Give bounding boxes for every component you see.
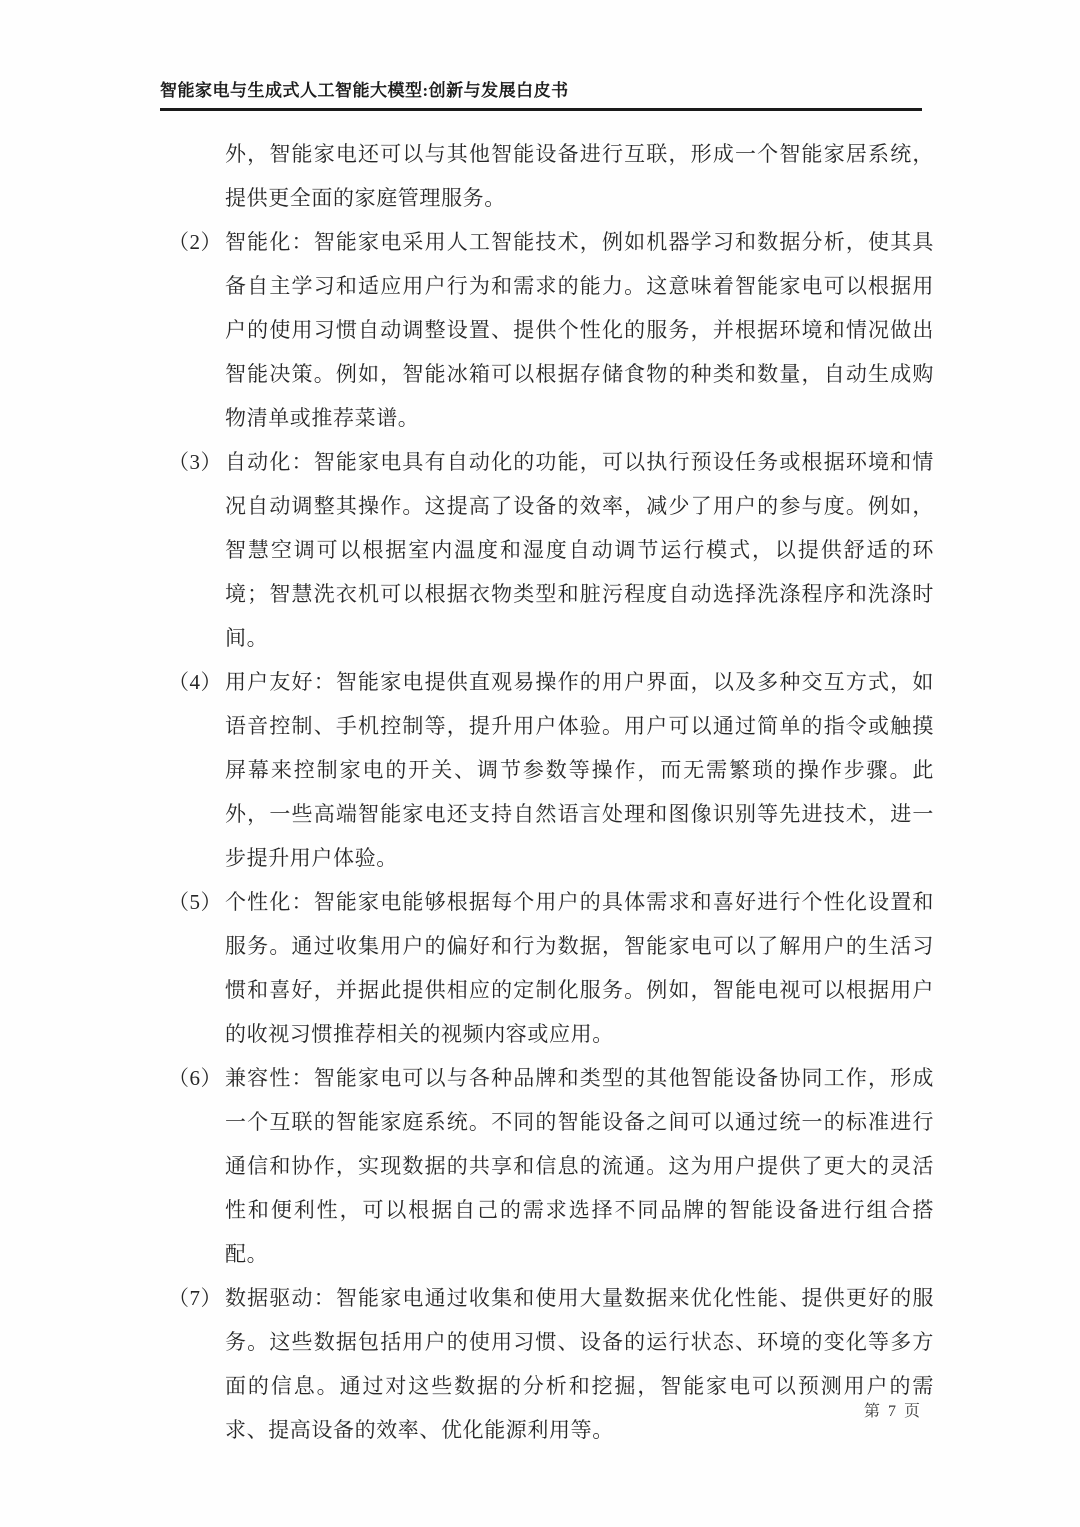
list-number: （2） xyxy=(168,220,225,264)
page-footer: 第 7 页 xyxy=(864,1398,922,1421)
paragraph-text: 个性化：智能家电能够根据每个用户的具体需求和喜好进行个性化设置和服务。通过收集用… xyxy=(225,880,934,1056)
list-number: （7） xyxy=(168,1276,225,1320)
list-number: （3） xyxy=(168,440,225,484)
document-title: 智能家电与生成式人工智能大模型:创新与发展白皮书 xyxy=(160,76,922,108)
page-number: 第 7 页 xyxy=(864,1403,922,1420)
paragraph-text: 数据驱动：智能家电通过收集和使用大量数据来优化性能、提供更好的服务。这些数据包括… xyxy=(225,1276,934,1452)
paragraph-text: 智能化：智能家电采用人工智能技术，例如机器学习和数据分析，使其具备自主学习和适应… xyxy=(225,220,934,440)
paragraph-text: 自动化：智能家电具有自动化的功能，可以执行预设任务或根据环境和情况自动调整其操作… xyxy=(225,440,934,660)
list-item-7: （7） 数据驱动：智能家电通过收集和使用大量数据来优化性能、提供更好的服务。这些… xyxy=(168,1276,934,1452)
list-number: （6） xyxy=(168,1056,225,1100)
list-item-6: （6） 兼容性：智能家电可以与各种品牌和类型的其他智能设备协同工作，形成一个互联… xyxy=(168,1056,934,1276)
list-item-3: （3） 自动化：智能家电具有自动化的功能，可以执行预设任务或根据环境和情况自动调… xyxy=(168,440,934,660)
document-page: 智能家电与生成式人工智能大模型:创新与发展白皮书 外，智能家电还可以与其他智能设… xyxy=(0,0,1080,1527)
list-item-2: （2） 智能化：智能家电采用人工智能技术，例如机器学习和数据分析，使其具备自主学… xyxy=(168,220,934,440)
list-item-5: （5） 个性化：智能家电能够根据每个用户的具体需求和喜好进行个性化设置和服务。通… xyxy=(168,880,934,1056)
list-number: （5） xyxy=(168,880,225,924)
paragraph-text: 外，智能家电还可以与其他智能设备进行互联，形成一个智能家居系统，提供更全面的家庭… xyxy=(225,132,934,220)
list-number: （4） xyxy=(168,660,225,704)
paragraph-text: 用户友好：智能家电提供直观易操作的用户界面，以及多种交互方式，如语音控制、手机控… xyxy=(225,660,934,880)
list-item-4: （4） 用户友好：智能家电提供直观易操作的用户界面，以及多种交互方式，如语音控制… xyxy=(168,660,934,880)
paragraph-text: 兼容性：智能家电可以与各种品牌和类型的其他智能设备协同工作，形成一个互联的智能家… xyxy=(225,1056,934,1276)
document-body: 外，智能家电还可以与其他智能设备进行互联，形成一个智能家居系统，提供更全面的家庭… xyxy=(168,132,934,1452)
paragraph-intro-continuation: 外，智能家电还可以与其他智能设备进行互联，形成一个智能家居系统，提供更全面的家庭… xyxy=(168,132,934,220)
page-header: 智能家电与生成式人工智能大模型:创新与发展白皮书 xyxy=(160,76,922,111)
header-rule xyxy=(160,108,922,111)
